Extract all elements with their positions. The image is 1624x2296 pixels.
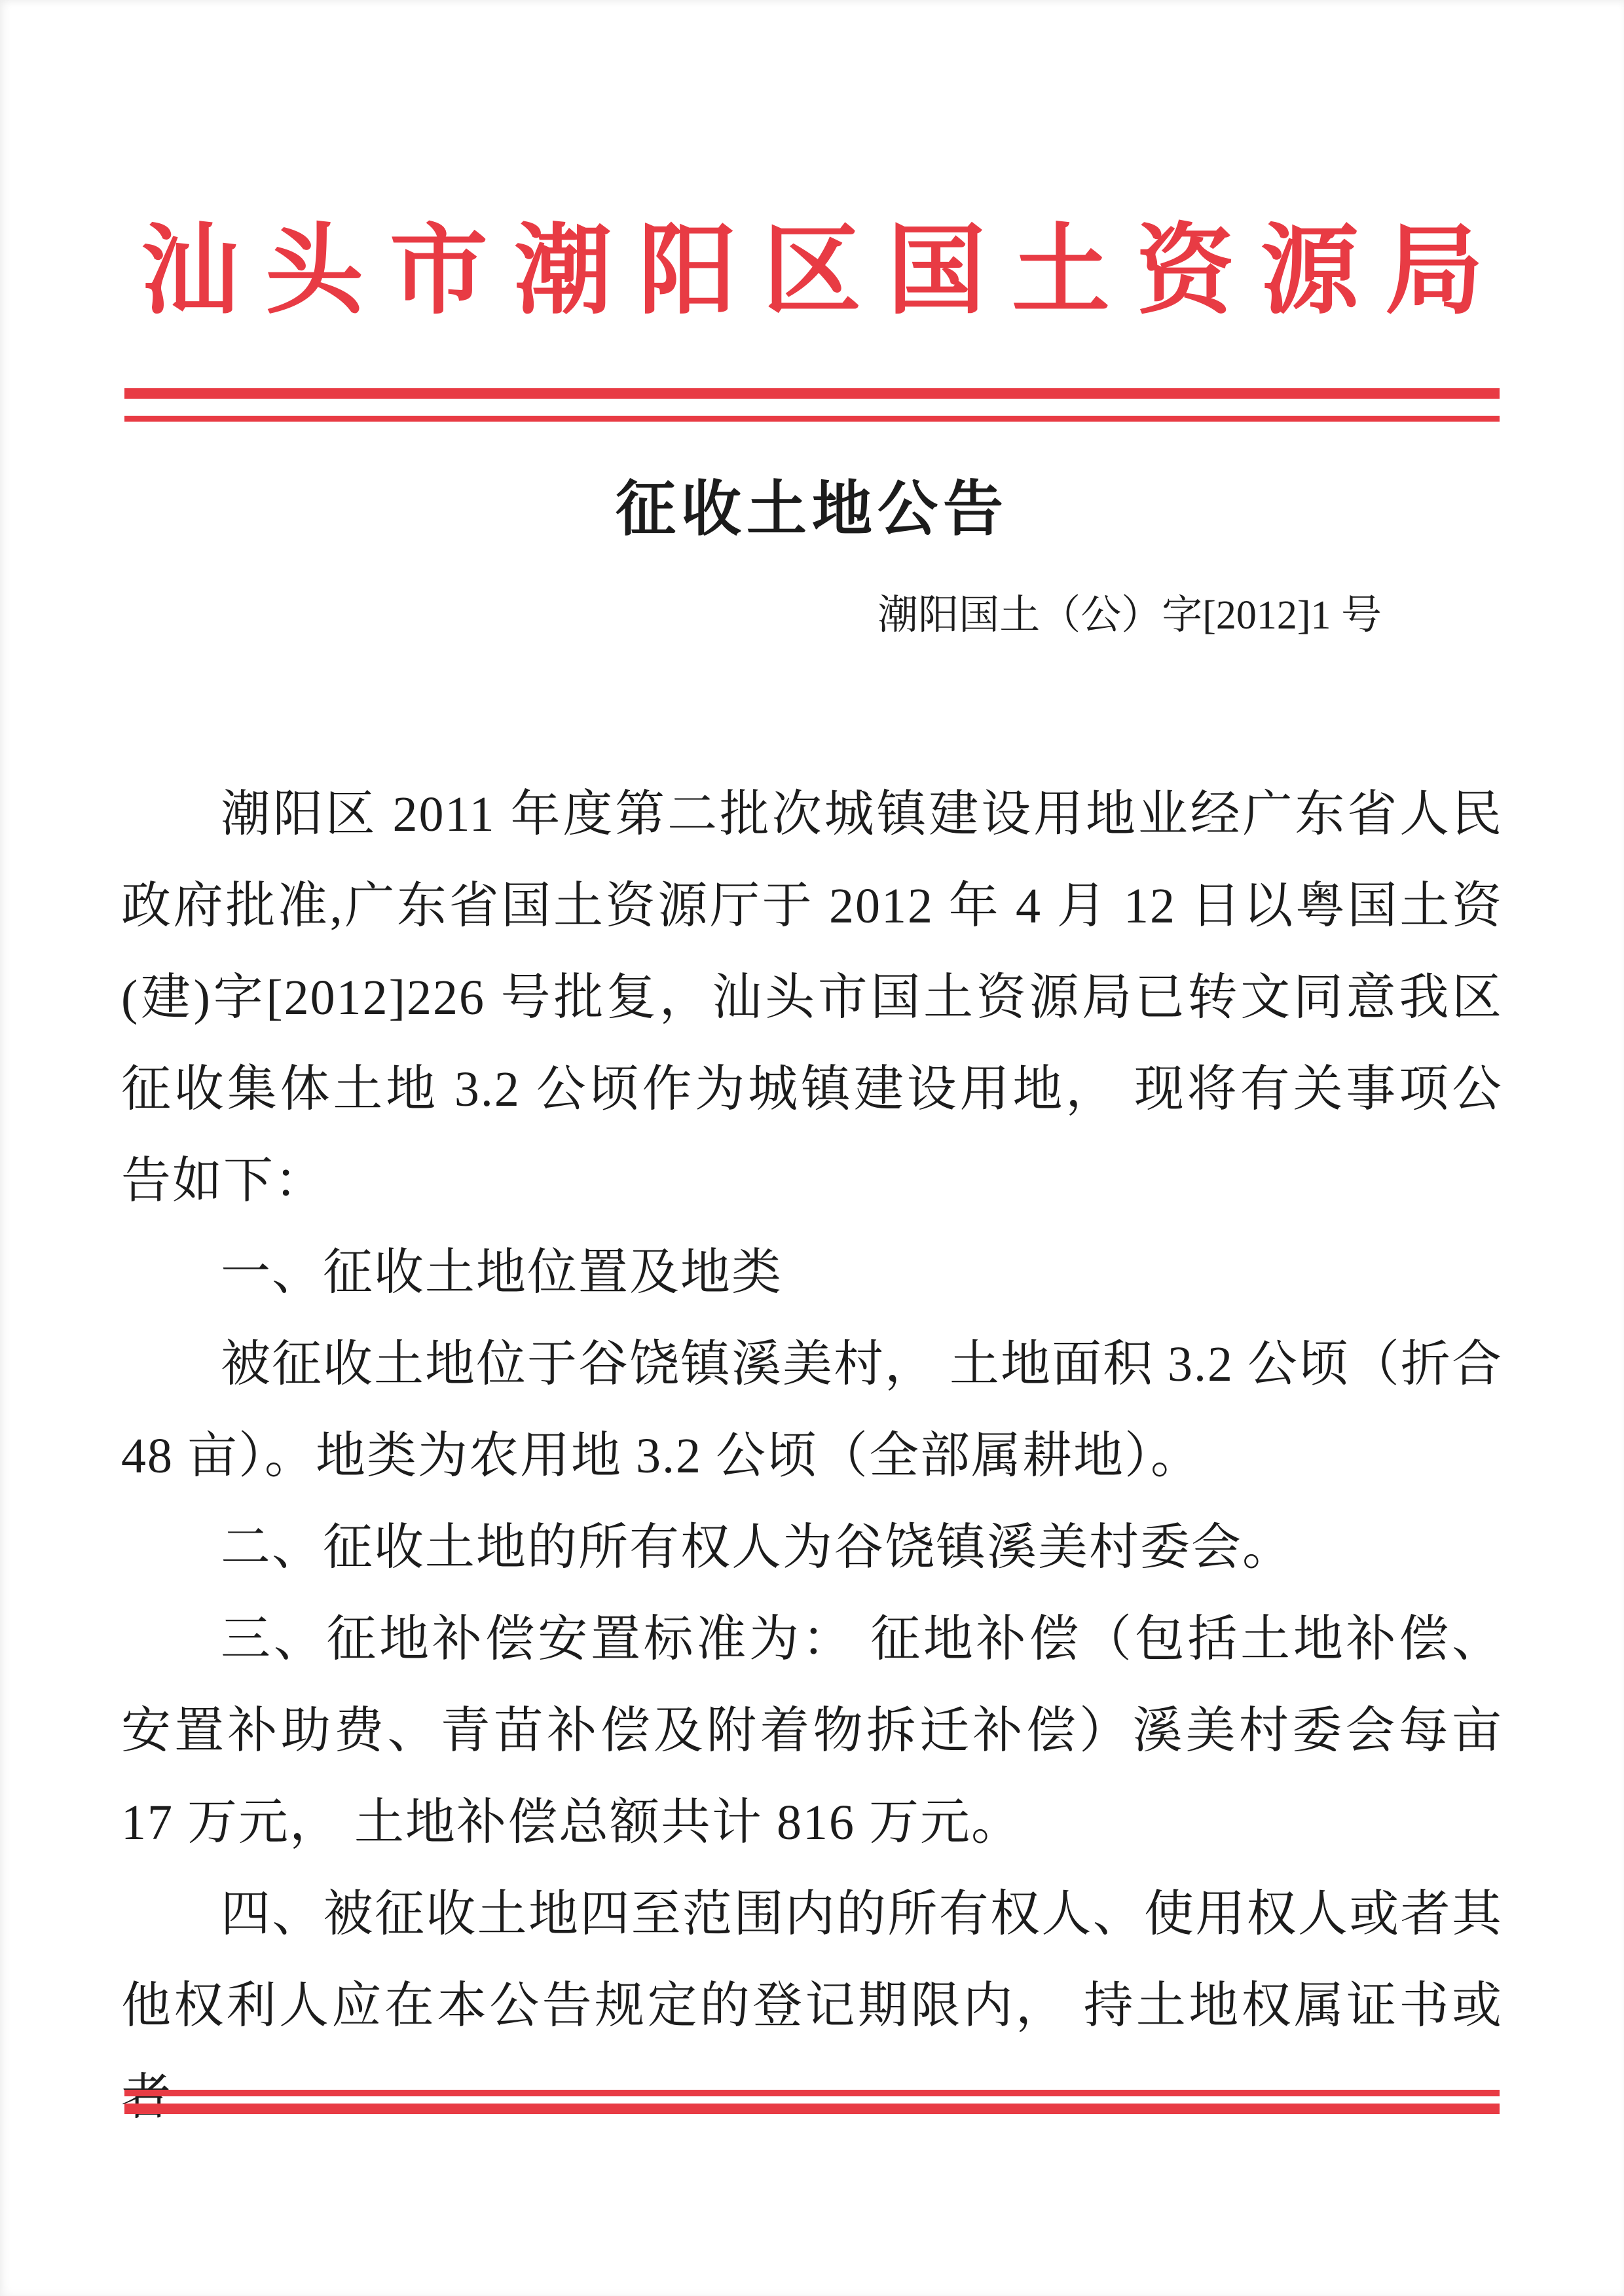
page-footer-divider xyxy=(124,2090,1500,2114)
red-rule-thick xyxy=(124,2104,1500,2114)
scanned-document-page: 汕头市潮阳区国土资源局 征收土地公告 潮阳国土（公）字[2012]1 号 潮阳区… xyxy=(0,0,1624,2296)
red-rule-thin xyxy=(124,2090,1500,2096)
paragraph-section-1-heading: 一、征收土地位置及地类 xyxy=(121,1227,1503,1319)
paragraph-section-2: 二、征收土地的所有权人为谷饶镇溪美村委会。 xyxy=(121,1502,1503,1594)
announcement-text: 潮阳区 2011 年度第二批次城镇建设用地业经广东省人民政府批准,广东省国土资源… xyxy=(121,769,1503,2143)
document-title: 征收土地公告 xyxy=(0,479,1624,539)
document-number: 潮阳国土（公）字[2012]1 号 xyxy=(124,593,1500,638)
letterhead-divider xyxy=(124,388,1500,422)
red-rule-thick xyxy=(124,388,1500,399)
document-body: 征收土地公告 潮阳国土（公）字[2012]1 号 潮阳区 2011 年度第二批次… xyxy=(0,479,1624,2143)
letterhead-agency-title: 汕头市潮阳区国土资源局 xyxy=(0,0,1624,331)
letterhead: 汕头市潮阳区国土资源局 xyxy=(0,0,1624,422)
paragraph-section-1-body: 被征收土地位于谷饶镇溪美村， 土地面积 3.2 公顷（折合 48 亩）。地类为农… xyxy=(121,1319,1503,1502)
red-rule-thin xyxy=(124,416,1500,422)
paragraph-section-3: 三、征地补偿安置标准为： 征地补偿（包括土地补偿、安置补助费、青苗补偿及附着物拆… xyxy=(121,1594,1503,1868)
paragraph-approval-intro: 潮阳区 2011 年度第二批次城镇建设用地业经广东省人民政府批准,广东省国土资源… xyxy=(121,769,1503,1227)
